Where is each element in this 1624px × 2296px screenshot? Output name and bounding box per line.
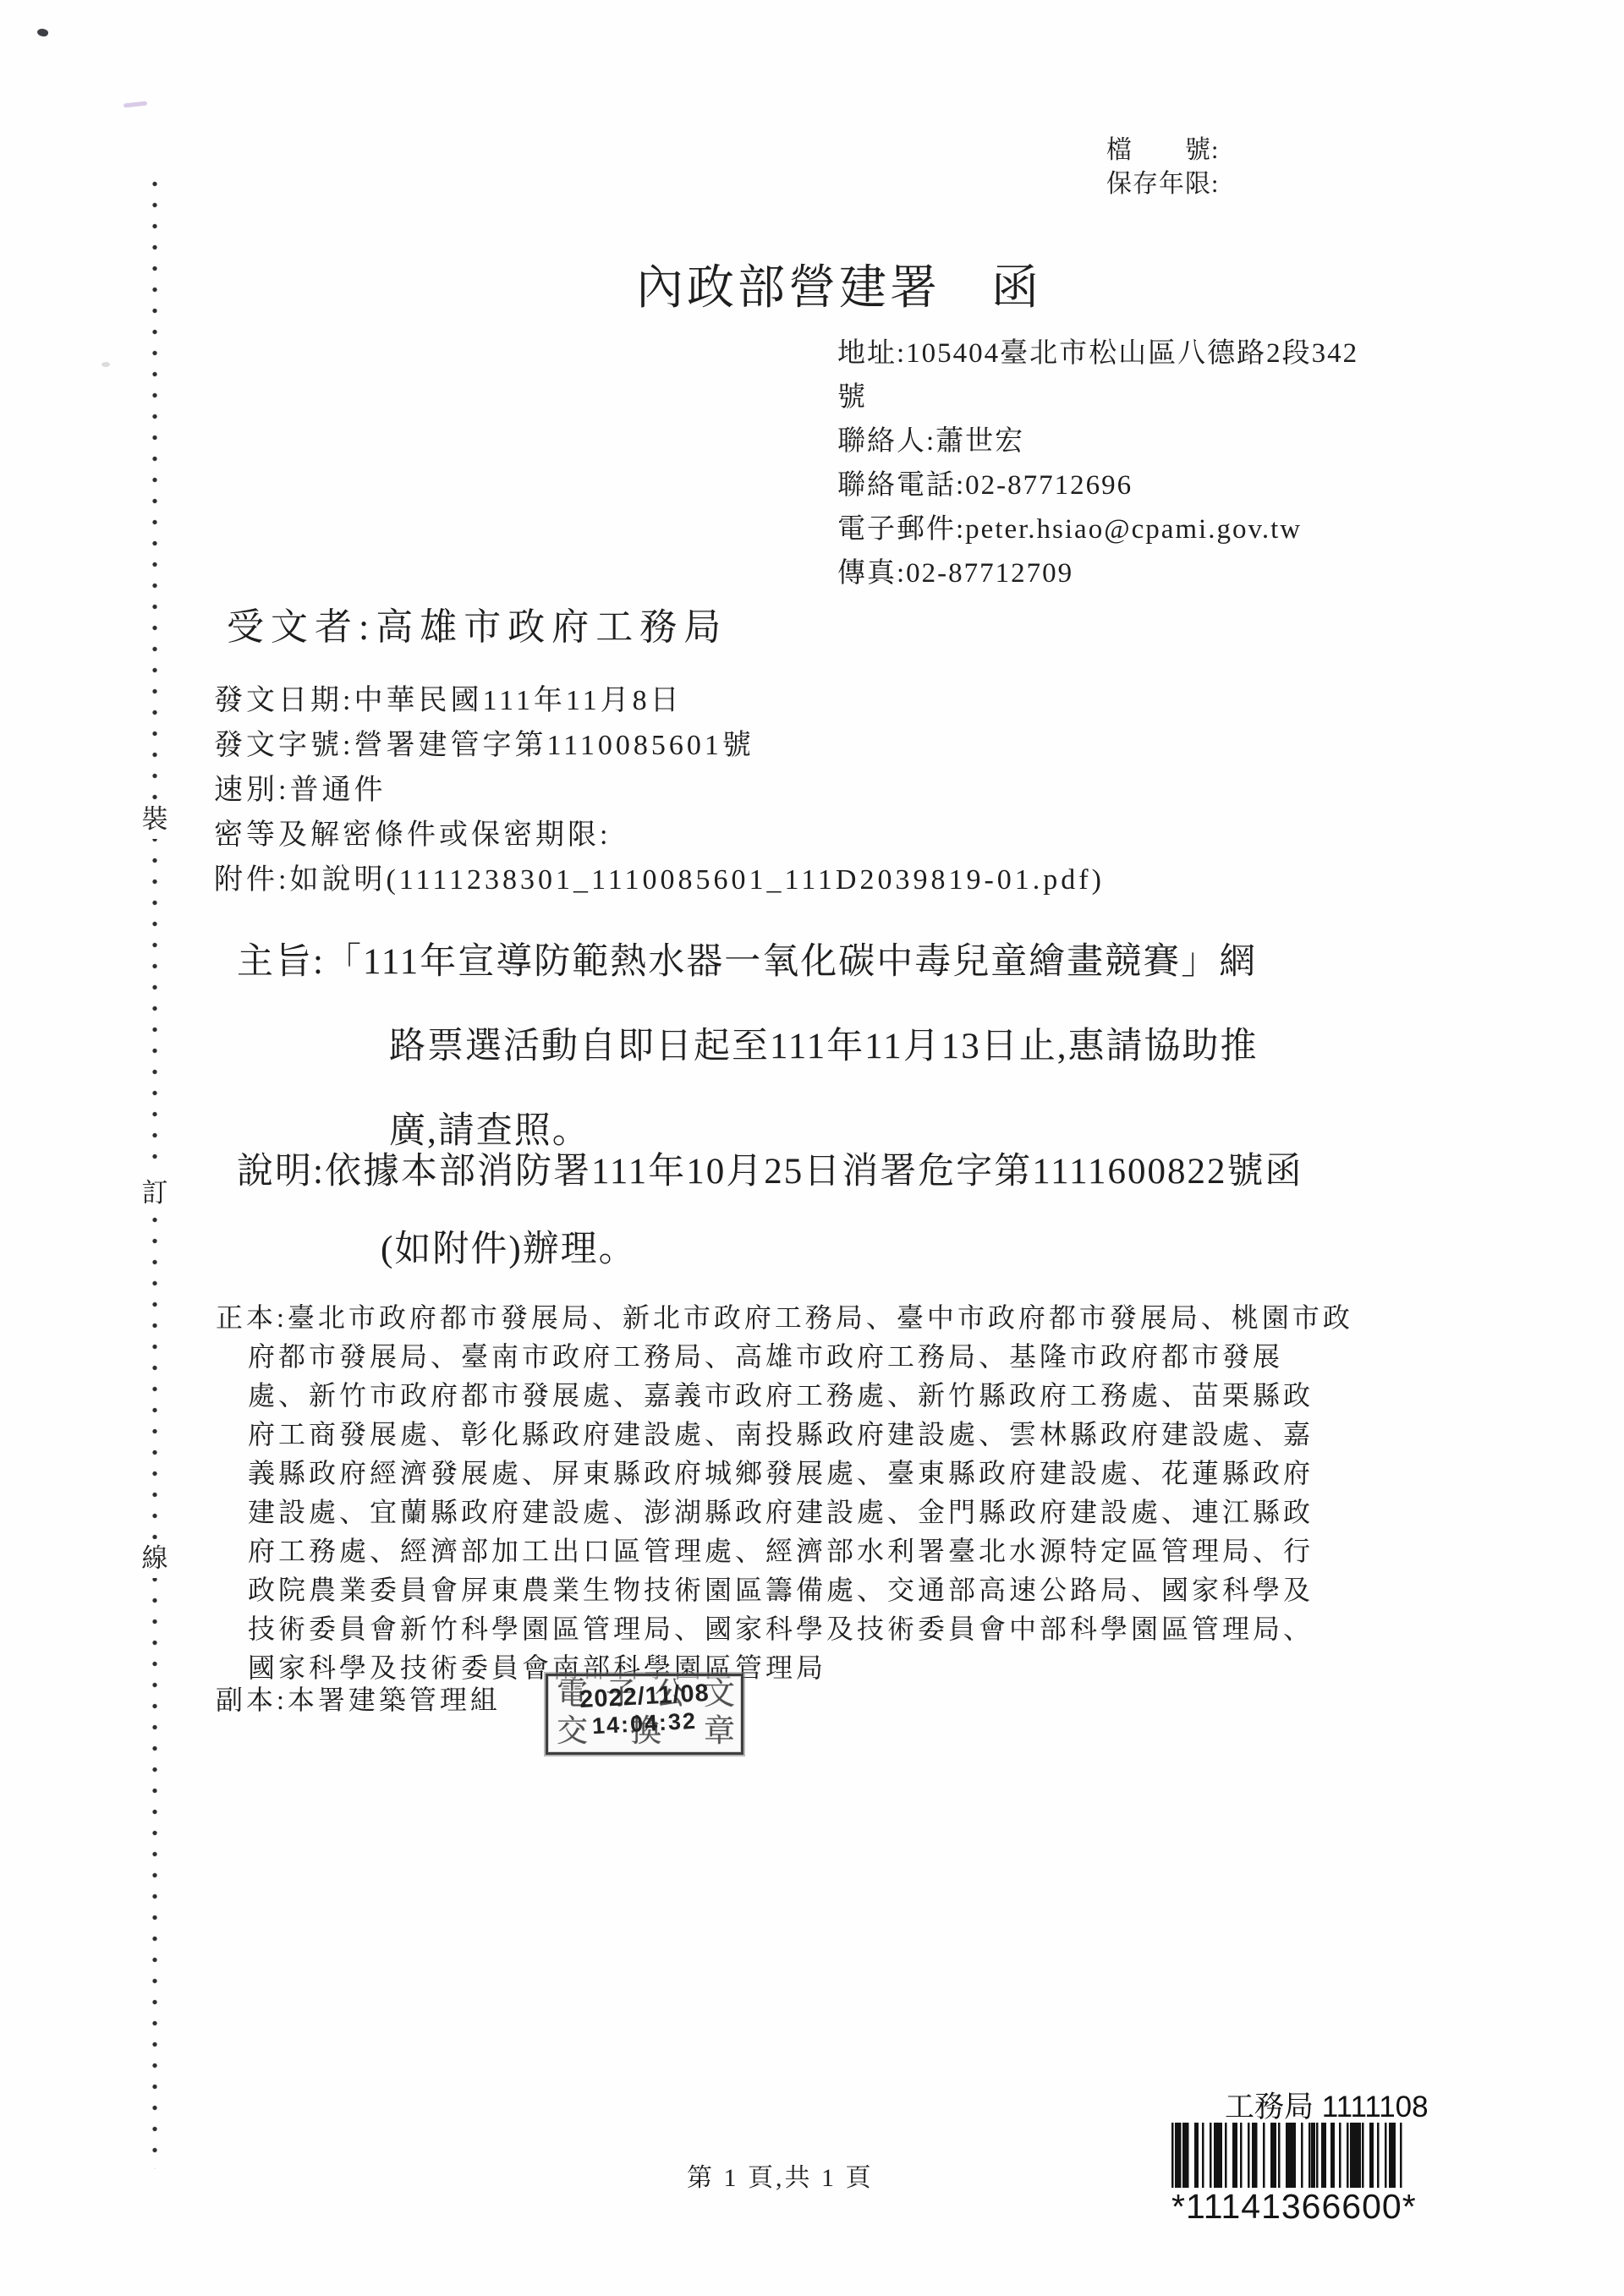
primary-recipients-line: 正本:臺北市政府都市發展局、新北市政府工務局、臺中市政府都市發展局、桃園市政 [216, 1298, 1353, 1337]
scan-speck [123, 101, 147, 108]
binding-mark-ding: 訂 [140, 1174, 170, 1213]
sender-address-line2: 號 [837, 375, 1358, 419]
sender-fax: 傳真:02-87712709 [837, 551, 1358, 595]
primary-recipients-line: 府工商發展處、彰化縣政府建設處、南投縣政府建設處、雲林縣政府建設處、嘉 [216, 1415, 1353, 1454]
barcode-value: *11141366600* [1171, 2187, 1407, 2227]
primary-recipients-block: 正本:臺北市政府都市發展局、新北市政府工務局、臺中市政府都市發展局、桃園市政 府… [216, 1298, 1353, 1687]
sender-address-line1: 地址:105404臺北市松山區八德路2段342 [837, 332, 1358, 375]
scan-speck [101, 362, 110, 367]
security-line: 密等及解密條件或保密期限: [214, 813, 1105, 858]
sender-email: 電子郵件:peter.hsiao@cpami.gov.tw [837, 507, 1358, 551]
primary-recipients-line: 建設處、宜蘭縣政府建設處、澎湖縣政府建設處、金門縣政府建設處、連江縣政 [216, 1493, 1353, 1532]
primary-recipients-line: 政院農業委員會屏東農業生物技術園區籌備處、交通部高速公路局、國家科學及 [216, 1570, 1353, 1609]
scanned-official-letter: 裝 訂 線 檔 號: 保存年限: 內政部營建署 函 地址:105404臺北市松山… [0, 0, 1624, 2296]
attachment-line: 附件:如說明(1111238301_1110085601_111D2039819… [214, 858, 1105, 902]
file-reference-block: 檔 號: 保存年限: [1106, 134, 1219, 201]
binding-mark-zhuang: 裝 [140, 800, 170, 839]
issue-date-line: 發文日期:中華民國111年11月8日 [214, 678, 1105, 723]
primary-recipients-line: 府工務處、經濟部加工出口區管理處、經濟部水利署臺北水源特定區管理局、行 [216, 1532, 1353, 1570]
primary-recipients-line: 義縣政府經濟發展處、屏東縣政府城鄉發展處、臺東縣政府建設處、花蓮縣政府 [216, 1454, 1353, 1493]
primary-recipients-line: 技術委員會新竹科學園區管理局、國家科學及技術委員會中部科學園區管理局、 [216, 1609, 1353, 1648]
priority-line: 速別:普通件 [214, 768, 1105, 813]
retention-period-label: 保存年限: [1106, 167, 1219, 201]
scan-speck [36, 27, 49, 38]
cc-line: 副本:本署建築管理組 [216, 1679, 501, 1718]
subject-line: 主旨:「111年宣導防範熱水器一氧化碳中毒兒童繪畫競賽」網 [237, 920, 1258, 1005]
recipient-line: 受文者:高雄市政府工務局 [227, 596, 727, 650]
subject-line: 路票選活動自即日起至111年11月13日止,惠請協助推 [237, 1005, 1258, 1089]
description-line: (如附件)辦理。 [237, 1211, 1303, 1289]
file-number-label: 檔 號: [1106, 134, 1219, 167]
doc-number-line: 發文字號:營署建管字第1110085601號 [214, 723, 1105, 768]
document-meta-block: 發文日期:中華民國111年11月8日 發文字號:營署建管字第1110085601… [214, 678, 1105, 902]
sender-contact-person: 聯絡人:蕭世宏 [837, 419, 1358, 463]
document-title: 內政部營建署 函 [636, 250, 1042, 318]
primary-recipients-line: 處、新竹市政府都市發展處、嘉義市政府工務處、新竹縣政府工務處、苗栗縣政 [216, 1376, 1353, 1415]
received-stamp-label: 工務局 1111108 [1225, 2084, 1429, 2126]
page-number-info: 第 1 頁,共 1 頁 [687, 2156, 874, 2194]
primary-recipients-line: 府都市發展局、臺南市政府工務局、高雄市政府工務局、基隆市政府都市發展 [216, 1337, 1353, 1376]
barcode [1171, 2123, 1407, 2188]
description-block: 說明:依據本部消防署111年10月25日消署危字第1111600822號函 (如… [237, 1133, 1303, 1289]
description-line: 說明:依據本部消防署111年10月25日消署危字第1111600822號函 [237, 1133, 1303, 1211]
electronic-exchange-stamp: 電子公文 交換章 2022/11/08 14:04:32 [546, 1674, 743, 1755]
sender-info-block: 地址:105404臺北市松山區八德路2段342 號 聯絡人:蕭世宏 聯絡電話:0… [837, 332, 1358, 595]
binding-mark-xian: 線 [140, 1539, 170, 1578]
binding-dotted-line [147, 173, 162, 2169]
sender-phone: 聯絡電話:02-87712696 [837, 463, 1358, 507]
